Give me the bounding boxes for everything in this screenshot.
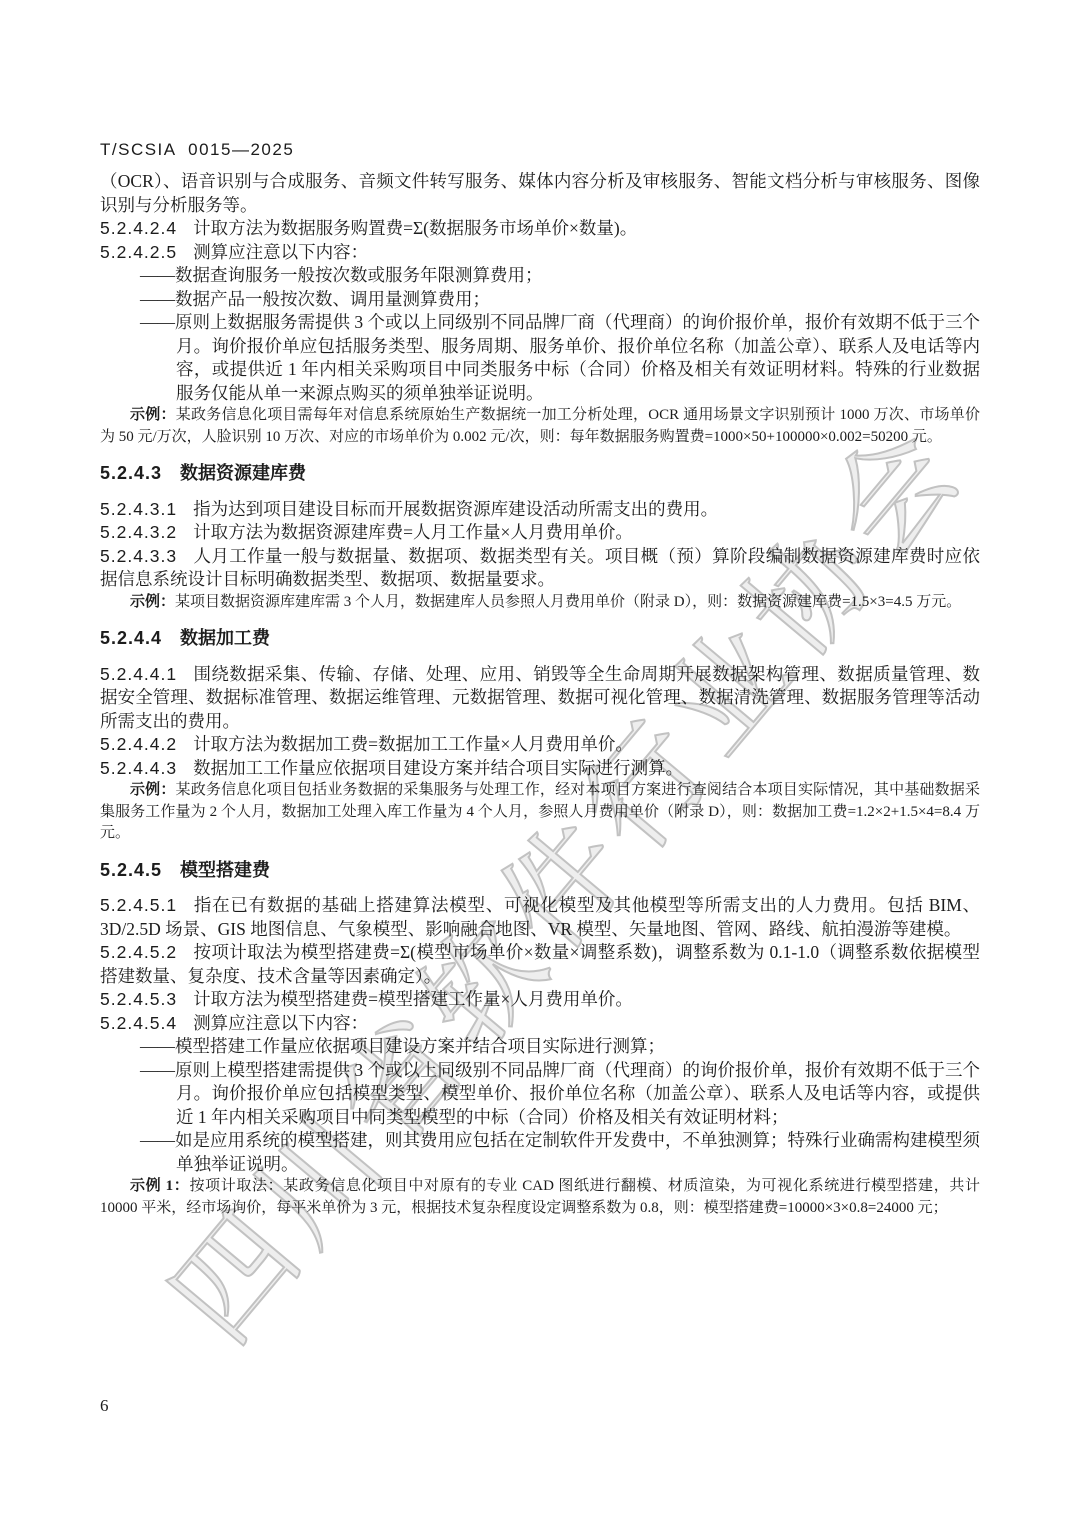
section-heading-5-2-4-5: 5.2.4.5模型搭建费 xyxy=(100,859,980,883)
clause-number: 5.2.4.3.2 xyxy=(100,522,177,542)
dash-item: ——数据产品一般按次数、调用量测算费用； xyxy=(100,288,980,312)
example-text: 某项目数据资源库建库需 3 个人月，数据建库人员参照人月费用单价（附录 D），则… xyxy=(175,594,961,610)
clause-5-2-4-4-1: 5.2.4.4.1围绕数据采集、传输、存储、处理、应用、销毁等全生命周期开展数据… xyxy=(100,663,980,734)
clause-text: 测算应注意以下内容： xyxy=(193,1013,368,1033)
clause-5-2-4-3-2: 5.2.4.3.2计取方法为数据资源建库费=人月工作量×人月费用单价。 xyxy=(100,521,980,545)
clause-number: 5.2.4.5.4 xyxy=(100,1013,177,1033)
standard-code-header: T/SCSIA 0015—2025 xyxy=(100,140,294,160)
clause-number: 5.2.4.4.2 xyxy=(100,734,177,754)
clause-5-2-4-5-3: 5.2.4.5.3计取方法为模型搭建费=模型搭建工作量×人月费用单价。 xyxy=(100,988,980,1012)
example-label: 示例： xyxy=(130,782,176,798)
clause-5-2-4-2-5: 5.2.4.2.5测算应注意以下内容： xyxy=(100,241,980,265)
example-label: 示例 1： xyxy=(130,1178,189,1194)
dash-item: ——数据查询服务一般按次数或服务年限测算费用； xyxy=(100,264,980,288)
section-heading-5-2-4-3: 5.2.4.3数据资源建库费 xyxy=(100,462,980,486)
heading-number: 5.2.4.4 xyxy=(100,628,162,648)
section-heading-5-2-4-4: 5.2.4.4数据加工费 xyxy=(100,627,980,651)
dash-item: ——如是应用系统的模型搭建，则其费用应包括在定制软件开发费中，不单独测算；特殊行… xyxy=(100,1129,980,1176)
clause-text: 计取方法为数据加工费=数据加工工作量×人月费用单价。 xyxy=(193,734,633,754)
heading-number: 5.2.4.5 xyxy=(100,860,162,880)
clause-number: 5.2.4.4.3 xyxy=(100,758,177,778)
example-note: 示例 1：按项计取法：某政务信息化项目中对原有的专业 CAD 图纸进行翻模、材质… xyxy=(100,1176,980,1219)
clause-5-2-4-3-1: 5.2.4.3.1指为达到项目建设目标而开展数据资源库建设活动所需支出的费用。 xyxy=(100,498,980,522)
example-note: 示例：某政务信息化项目需每年对信息系统原始生产数据统一加工分析处理，OCR 通用… xyxy=(100,405,980,448)
clause-text: 按项计取法为模型搭建费=Σ(模型市场单价×数量×调整系数)，调整系数为 0.1-… xyxy=(100,942,980,986)
page-number: 6 xyxy=(100,1396,109,1416)
clause-number: 5.2.4.2.5 xyxy=(100,242,177,262)
clause-5-2-4-4-2: 5.2.4.4.2计取方法为数据加工费=数据加工工作量×人月费用单价。 xyxy=(100,733,980,757)
clause-text: 计取方法为模型搭建费=模型搭建工作量×人月费用单价。 xyxy=(193,989,633,1009)
heading-number: 5.2.4.3 xyxy=(100,463,162,483)
dash-item: ——原则上数据服务需提供 3 个或以上同级别不同品牌厂商（代理商）的询价报价单，… xyxy=(100,311,980,405)
clause-5-2-4-2-4: 5.2.4.2.4计取方法为数据服务购置费=Σ(数据服务市场单价×数量)。 xyxy=(100,217,980,241)
clause-number: 5.2.4.5.2 xyxy=(100,942,177,962)
example-label: 示例： xyxy=(130,594,175,610)
clause-text: 围绕数据采集、传输、存储、处理、应用、销毁等全生命周期开展数据架构管理、数据质量… xyxy=(100,664,980,731)
heading-title: 模型搭建费 xyxy=(180,860,270,880)
clause-number: 5.2.4.3.1 xyxy=(100,499,177,519)
example-text: 按项计取法：某政务信息化项目中对原有的专业 CAD 图纸进行翻模、材质渲染，为可… xyxy=(100,1178,980,1216)
clause-number: 5.2.4.5.3 xyxy=(100,989,177,1009)
clause-text: 数据加工工作量应依据项目建设方案并结合项目实际进行测算。 xyxy=(193,758,683,778)
document-body: （OCR）、语音识别与合成服务、音频文件转写服务、媒体内容分析及审核服务、智能文… xyxy=(100,170,980,1219)
clause-text: 测算应注意以下内容： xyxy=(193,242,368,262)
document-page: 四川省软件行业协会 T/SCSIA 0015—2025 （OCR）、语音识别与合… xyxy=(0,0,1080,1528)
example-label: 示例： xyxy=(130,407,176,423)
example-text: 某政务信息化项目包括业务数据的采集服务与处理工作，经对本项目方案进行查阅结合本项… xyxy=(100,782,980,841)
clause-5-2-4-5-1: 5.2.4.5.1指在已有数据的基础上搭建算法模型、可视化模型及其他模型等所需支… xyxy=(100,894,980,941)
clause-text: 指为达到项目建设目标而开展数据资源库建设活动所需支出的费用。 xyxy=(193,499,718,519)
clause-5-2-4-5-2: 5.2.4.5.2按项计取法为模型搭建费=Σ(模型市场单价×数量×调整系数)，调… xyxy=(100,941,980,988)
clause-5-2-4-3-3: 5.2.4.3.3人月工作量一般与数据量、数据项、数据类型有关。项目概（预）算阶… xyxy=(100,545,980,592)
dash-item: ——模型搭建工作量应依据项目建设方案并结合项目实际进行测算； xyxy=(100,1035,980,1059)
clause-text: 指在已有数据的基础上搭建算法模型、可视化模型及其他模型等所需支出的人力费用。包括… xyxy=(100,895,980,939)
clause-number: 5.2.4.4.1 xyxy=(100,664,177,684)
clause-5-2-4-4-3: 5.2.4.4.3数据加工工作量应依据项目建设方案并结合项目实际进行测算。 xyxy=(100,757,980,781)
clause-number: 5.2.4.5.1 xyxy=(100,895,177,915)
dash-item: ——原则上模型搭建需提供 3 个或以上同级别不同品牌厂商（代理商）的询价报价单，… xyxy=(100,1059,980,1130)
clause-text: 人月工作量一般与数据量、数据项、数据类型有关。项目概（预）算阶段编制数据资源建库… xyxy=(100,546,980,590)
clause-5-2-4-5-4: 5.2.4.5.4测算应注意以下内容： xyxy=(100,1012,980,1036)
clause-number: 5.2.4.2.4 xyxy=(100,218,177,238)
heading-title: 数据加工费 xyxy=(180,628,270,648)
example-note: 示例：某政务信息化项目包括业务数据的采集服务与处理工作，经对本项目方案进行查阅结… xyxy=(100,780,980,845)
example-text: 某政务信息化项目需每年对信息系统原始生产数据统一加工分析处理，OCR 通用场景文… xyxy=(100,407,980,445)
heading-title: 数据资源建库费 xyxy=(180,463,306,483)
clause-number: 5.2.4.3.3 xyxy=(100,546,177,566)
clause-text: 计取方法为数据资源建库费=人月工作量×人月费用单价。 xyxy=(193,522,633,542)
example-note: 示例：某项目数据资源库建库需 3 个人月，数据建库人员参照人月费用单价（附录 D… xyxy=(100,592,980,614)
clause-text: 计取方法为数据服务购置费=Σ(数据服务市场单价×数量)。 xyxy=(193,218,637,238)
paragraph-continuation: （OCR）、语音识别与合成服务、音频文件转写服务、媒体内容分析及审核服务、智能文… xyxy=(100,170,980,217)
